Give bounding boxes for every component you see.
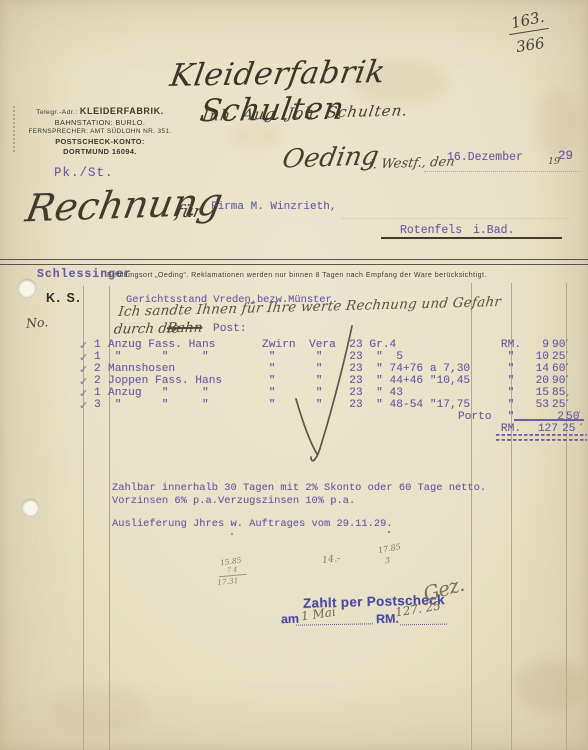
printer-imprint [13,106,15,152]
payment-terms-line-2: Vorzinsen 6% p.a.Verzugszinsen 10% p.a. [112,495,355,507]
item-qty: 3 [94,399,101,411]
amount-mark: 10 [497,351,549,363]
typed-year: 29 [558,149,573,163]
age-stain [48,688,148,732]
pencil-sum-bottom: 17.31 [217,576,239,587]
amount-pfennig: 25 [552,399,565,411]
date-dotted-line [424,171,580,172]
amount-mark: 15 [497,387,549,399]
age-stain [512,660,584,712]
pencil-note-center: 14.- [321,553,341,566]
item-description: Anzug " " [108,387,209,399]
postal-account-number: DORTMUND 16094. [26,148,174,155]
payment-terms-line-1: Zahlbar innerhalb 30 Tagen mit 2% Skonto… [112,482,486,494]
horizontal-rule [0,264,588,265]
porto-amount-mark: 2 [497,411,564,423]
invoice-label-for: für [174,202,204,222]
pencil-note-right-bottom: 3 [384,556,390,566]
clerk-initials: K. S. [46,291,81,305]
customer-region: i.Bad. [473,224,514,237]
contact-block: Telegr.-Adr.: KLEIDERFABRIK. BAHNSTATION… [26,107,174,158]
total-double-underline [496,434,587,441]
terms-fine-print: Erfüllungsort „Oeding“. Reklamationen we… [107,271,487,279]
audit-tick: ′′ [566,363,567,374]
postal-account-label: POSTSCHECK-KONTO: [26,138,174,145]
paid-stamp-date-line [296,623,373,625]
item-row: ✓2Joppen Fass. Hans " " 23 " 44+46 "10,4… [0,375,588,387]
place-region: i. Westf., den [368,155,456,173]
item-qty: 1 [94,387,101,399]
punch-hole-top [18,279,36,297]
item-description: Joppen Fass. Hans [108,375,222,387]
place-name: Oeding [280,141,381,174]
customer-city: Rotenfels [400,224,462,237]
amount-pfennig: 90 [552,339,565,351]
reference-mark: Pk./St. [54,166,114,180]
item-row: ✓1Anzug Fass. HansZwirn Vera 23 Gr.4RM.9… [0,339,588,351]
ink-speck [388,531,390,533]
porto-row: Porto"250′ [0,411,588,423]
invoice-document: 163. 366 Kleiderfabrik Schulten Inh. Aug… [0,0,588,750]
amount-mark: 14 [497,363,549,375]
audit-tick: ′′ [566,399,567,410]
amount-mark: 53 [497,399,549,411]
customer-name: Firma M. Winzrieth, [211,201,336,213]
item-qty: 2 [94,375,101,387]
item-detail: Zwirn Vera 23 Gr.4 [262,339,396,351]
porto-label: Porto [458,411,492,423]
item-description: " " " [108,351,209,363]
item-description: Anzug Fass. Hans [108,339,215,351]
sum-underline [514,419,584,421]
item-description: Mannshosen [108,363,175,375]
item-qty: 1 [94,339,101,351]
telegram-label: Telegr.-Adr.: [36,109,77,116]
delivery-note-line: Auslieferung Jhres w. Auftrages vom 29.1… [112,518,393,530]
amount-mark: 9 [497,339,549,351]
rail-station: BAHNSTATION: BURLO. [26,119,174,126]
amount-pfennig: 60 [552,363,565,375]
handwritten-folio-number-2: 366 [515,34,546,56]
item-row: ✓2Mannshosen " " 23 " 74+76 a 7,30"1460′… [0,363,588,375]
paid-stamp-amount-line [400,624,447,626]
age-stain [538,90,578,156]
audit-tick: ′′ [566,375,567,386]
punch-hole-bottom [22,499,39,516]
item-row: ✓1 " " " " " 23 " 5"1025′ [0,351,588,363]
shipping-via-struck-word: Bahn [166,320,203,337]
item-row: ✓3 " " " " " 23 " 48-54 "17,75"5325′′ [0,399,588,411]
amount-pfennig: 25 [552,351,565,363]
item-description: " " " [108,399,209,411]
pencil-note-right-top: 17.85 [377,542,401,555]
typed-date: 16.Dezember [447,151,523,164]
amount-pfennig: 85 [552,387,565,399]
shipping-method-typed: Post: [213,323,247,335]
item-qty: 1 [94,351,101,363]
item-qty: 2 [94,363,101,375]
item-detail: " " 23 " 48-54 "17,75 [262,399,470,411]
handwritten-signature: Gez. [420,572,466,606]
audit-tick: ′′ [580,423,581,434]
item-detail: " " 23 " 74+76 a 7,30 [262,363,470,375]
horizontal-rule [0,259,588,260]
pencil-sum-mid: 7 4 [227,565,238,574]
telegram-value: KLEIDERFABRIK. [80,106,164,116]
telephone: FERNSPRECHER: AMT SÜDLOHN NR. 351. [26,129,174,135]
customer-dotted-line [342,218,570,219]
item-detail: " " 23 " 44+46 "10,45 [262,375,470,387]
item-detail: " " 23 " 43 [262,387,403,399]
item-detail: " " 23 " 5 [262,351,403,363]
ink-speck [231,533,233,535]
audit-tick: , [566,387,567,398]
customer-underline [381,237,562,239]
amount-mark: 20 [497,375,549,387]
number-column-label: No. [26,314,49,331]
amount-pfennig: 90 [552,375,565,387]
item-row: ✓1Anzug " " " " 23 " 43"1585, [0,387,588,399]
telegram-address: Telegr.-Adr.: KLEIDERFABRIK. [26,107,174,117]
